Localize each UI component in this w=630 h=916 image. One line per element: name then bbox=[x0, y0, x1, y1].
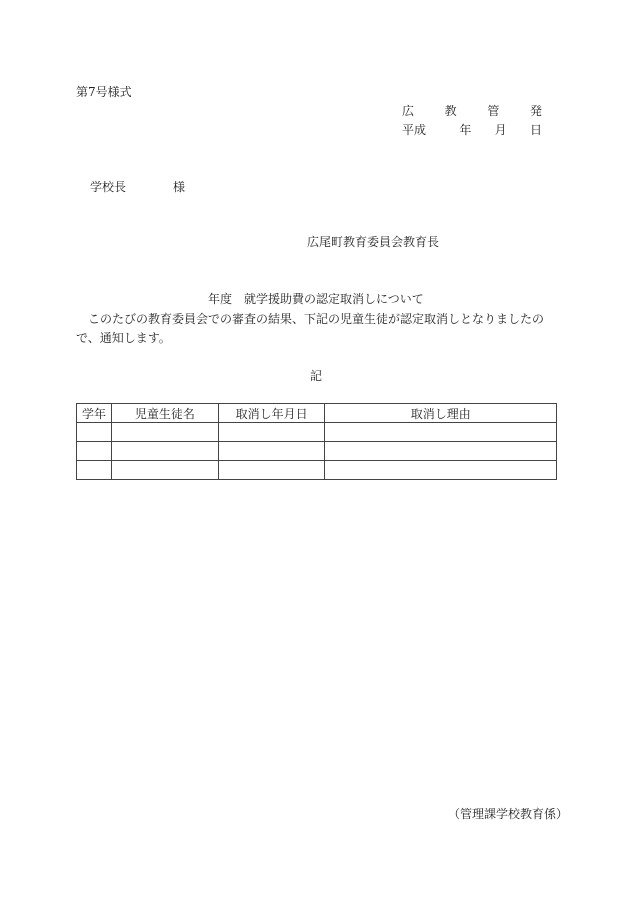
header-cancel-date: 取消し年月日 bbox=[218, 404, 325, 423]
issue-number-char: 教 bbox=[445, 103, 457, 119]
issue-date-year: 年 bbox=[459, 122, 471, 138]
cancellation-table: 学年 児童生徒名 取消し年月日 取消し理由 bbox=[76, 403, 557, 480]
table-row bbox=[77, 442, 557, 461]
table-header-row: 学年 児童生徒名 取消し年月日 取消し理由 bbox=[77, 404, 557, 423]
header-grade: 学年 bbox=[77, 404, 112, 423]
issue-date-era: 平成 bbox=[402, 122, 426, 138]
issue-date-day: 日 bbox=[530, 122, 542, 138]
ki-heading: 記 bbox=[310, 368, 322, 384]
table-row bbox=[77, 461, 557, 480]
addressee: 学校長様 bbox=[90, 179, 185, 195]
issue-number-char: 発 bbox=[530, 103, 542, 119]
body-text: このたびの教育委員会での審査の結果、下記の児童生徒が認定取消しとなりましたので、… bbox=[76, 310, 566, 348]
cell-grade bbox=[77, 442, 112, 461]
cell-grade bbox=[77, 423, 112, 442]
issue-number-char: 管 bbox=[487, 103, 499, 119]
issue-number: 広 教 管 発 bbox=[402, 103, 542, 119]
cell-cancel-date bbox=[218, 461, 325, 480]
cell-cancel-reason bbox=[325, 442, 557, 461]
cell-grade bbox=[77, 461, 112, 480]
cell-student-name bbox=[111, 461, 218, 480]
subject-title: 就学援助費の認定取消しについて bbox=[244, 292, 424, 306]
sender: 広尾町教育委員会教育長 bbox=[307, 234, 439, 250]
subject-line: 年度就学援助費の認定取消しについて bbox=[208, 291, 424, 307]
header-student-name: 児童生徒名 bbox=[111, 404, 218, 423]
footer-note: （管理課学校教育係） bbox=[448, 806, 568, 822]
issue-date-month: 月 bbox=[495, 122, 507, 138]
issue-date: 平成 年 月 日 bbox=[402, 122, 542, 138]
table-row bbox=[77, 423, 557, 442]
form-number: 第7号様式 bbox=[76, 84, 132, 100]
addressee-honorific: 様 bbox=[173, 180, 185, 194]
addressee-title: 学校長 bbox=[90, 180, 126, 194]
cell-cancel-reason bbox=[325, 461, 557, 480]
cell-cancel-date bbox=[218, 423, 325, 442]
cell-cancel-reason bbox=[325, 423, 557, 442]
subject-year-label: 年度 bbox=[208, 292, 232, 306]
header-cancel-reason: 取消し理由 bbox=[325, 404, 557, 423]
cell-student-name bbox=[111, 423, 218, 442]
issue-number-char: 広 bbox=[402, 103, 414, 119]
cell-student-name bbox=[111, 442, 218, 461]
cell-cancel-date bbox=[218, 442, 325, 461]
